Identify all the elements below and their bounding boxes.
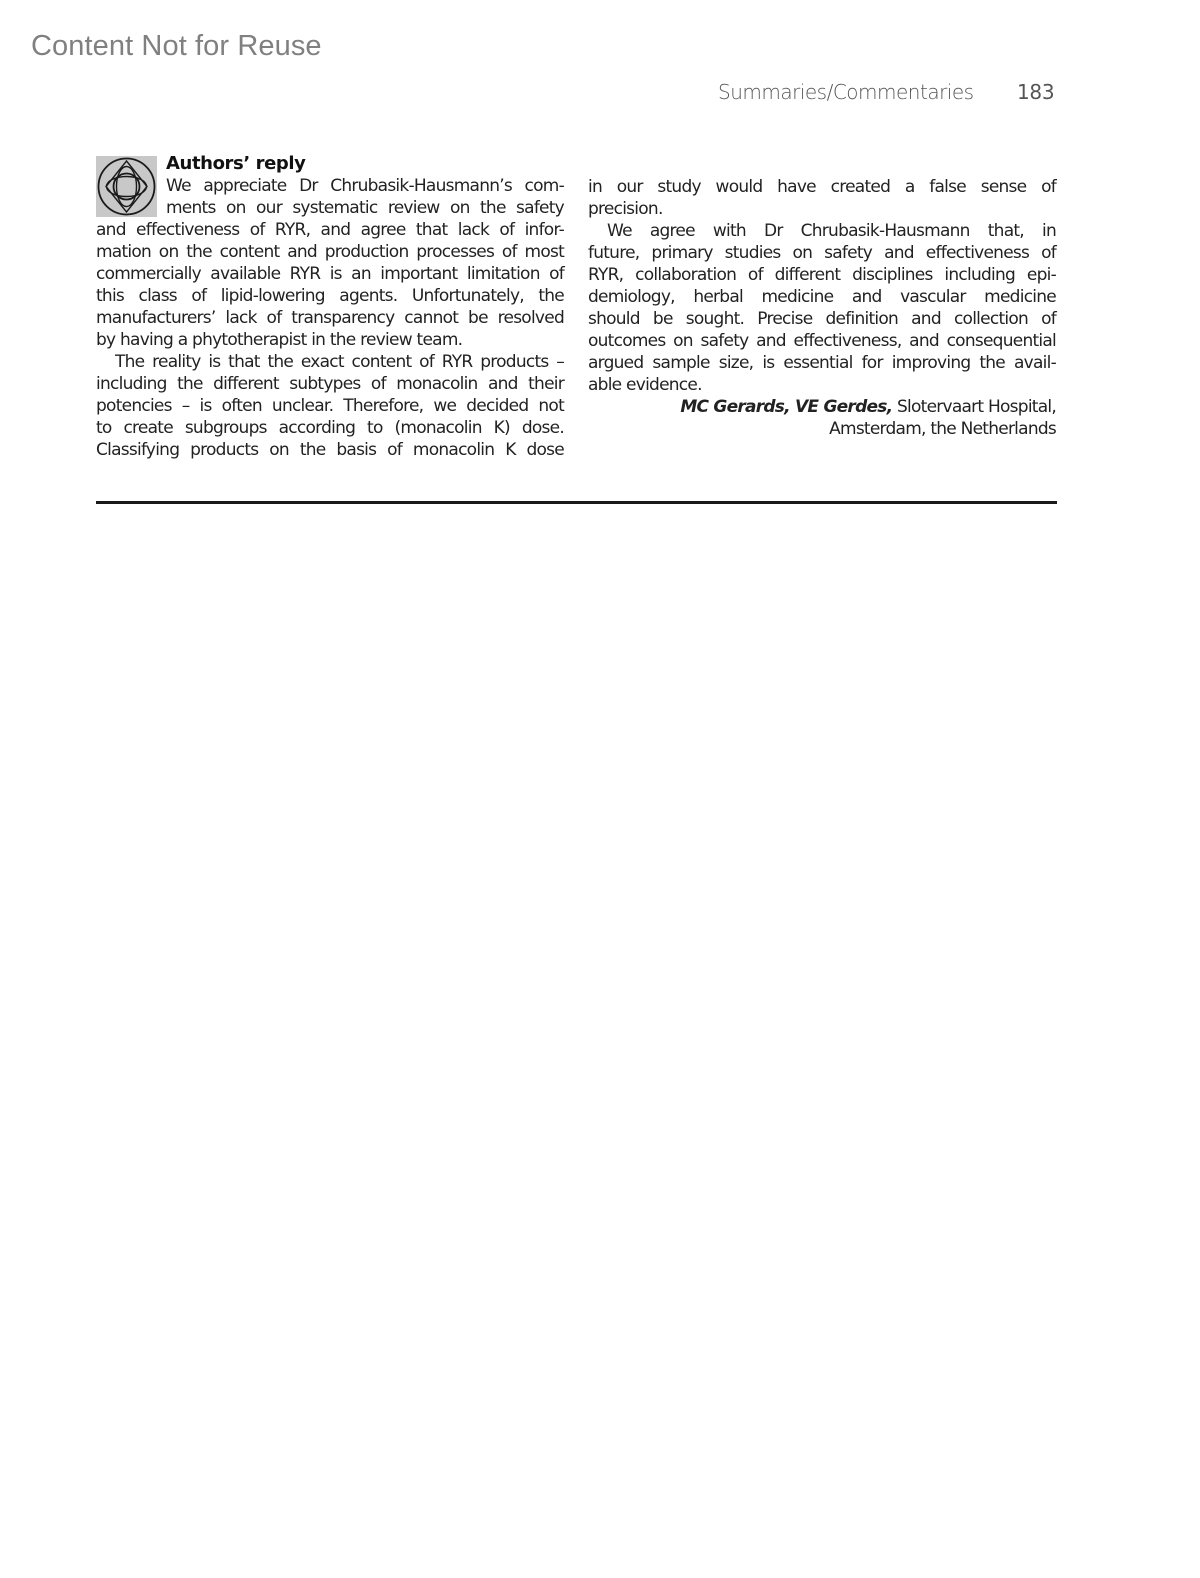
- text-line: including the different subtypes of mona…: [96, 373, 564, 395]
- text-line: to create subgroups according to (monaco…: [96, 417, 564, 439]
- text-line: argued sample size, is essential for imp…: [588, 352, 1056, 374]
- text-line: commercially available RYR is an importa…: [96, 263, 564, 285]
- text-line: demiology, herbal medicine and vascular …: [588, 286, 1056, 308]
- signature-line: MC Gerards, VE Gerdes, Slotervaart Hospi…: [588, 396, 1056, 418]
- text-line: in our study would have created a false …: [588, 176, 1056, 198]
- text-line: should be sought. Precise definition and…: [588, 308, 1056, 330]
- text-line: The reality is that the exact content of…: [96, 351, 564, 373]
- signature-authors: MC Gerards, VE Gerdes,: [680, 397, 892, 417]
- text-line: this class of lipid-lowering agents. Unf…: [96, 285, 564, 307]
- text-line: We agree with Dr Chrubasik-Hausmann that…: [588, 220, 1056, 242]
- text-line: manufacturers’ lack of transparency cann…: [96, 307, 564, 329]
- right-column: in our study would have created a false …: [588, 176, 1056, 440]
- article-heading: Authors’ reply: [96, 153, 564, 175]
- text-line: precision.: [588, 198, 1056, 220]
- text-line: able evidence.: [588, 374, 1056, 396]
- signature-affiliation-line2: Amsterdam, the Netherlands: [588, 418, 1056, 440]
- text-line: future, primary studies on safety and ef…: [588, 242, 1056, 264]
- text-line: We appreciate Dr Chrubasik-Hausmann’s co…: [96, 175, 564, 197]
- signature-affiliation: Slotervaart Hospital,: [892, 397, 1056, 417]
- text-line: by having a phytotherapist in the review…: [96, 329, 564, 351]
- running-head-section: Summaries/Commentaries: [718, 80, 974, 104]
- watermark: Content Not for Reuse: [31, 30, 322, 63]
- section-divider-rule: [96, 501, 1057, 504]
- text-line: ments on our systematic review on the sa…: [96, 197, 564, 219]
- text-line: Classifying products on the basis of mon…: [96, 439, 564, 461]
- page-number: 183: [1017, 80, 1054, 104]
- text-line: mation on the content and production pro…: [96, 241, 564, 263]
- text-line: potencies – is often unclear. Therefore,…: [96, 395, 564, 417]
- text-line: outcomes on safety and effectiveness, an…: [588, 330, 1056, 352]
- left-column: Authors’ reply We appreciate Dr Chrubasi…: [96, 153, 564, 461]
- text-line: and effectiveness of RYR, and agree that…: [96, 219, 564, 241]
- text-line: RYR, collaboration of different discipli…: [588, 264, 1056, 286]
